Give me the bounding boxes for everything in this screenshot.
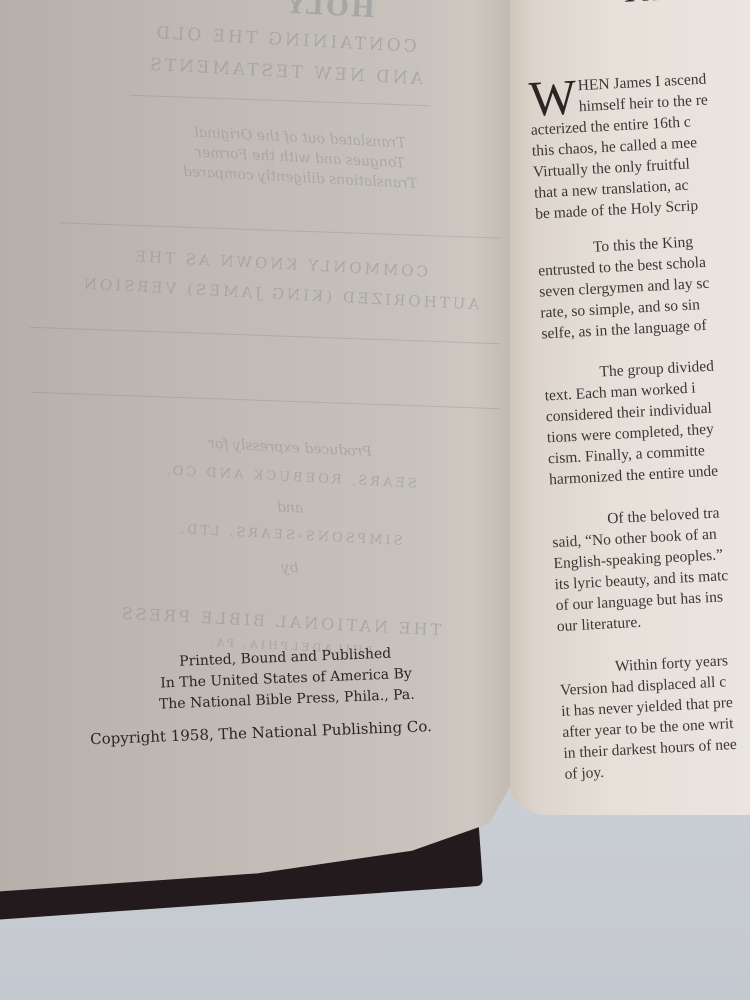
dropcap: W bbox=[528, 75, 577, 119]
paragraph-5: Within forty years Version had displaced… bbox=[559, 643, 750, 785]
paragraph-4: Of the beloved tra said, “No other book … bbox=[551, 496, 750, 638]
right-page: KING J W HEN James I ascend himself heir… bbox=[510, 0, 750, 815]
copyright-line: Copyright 1958, The National Publishing … bbox=[90, 715, 478, 748]
gutter-shadow bbox=[470, 0, 515, 880]
paragraph-2: To this the King entrusted to the best s… bbox=[537, 224, 750, 345]
bleed-by: by bbox=[140, 552, 440, 584]
chapter-title: KING J bbox=[623, 0, 750, 11]
left-page: HOLY CONTAINING THE OLD AND NEW TESTAMEN… bbox=[0, 0, 515, 905]
paragraph-1: W HEN James I ascend himself heir to the… bbox=[528, 62, 750, 224]
bleed-and: and bbox=[140, 492, 440, 524]
bleed-simpsons: SIMPSONS-SEARS, LTD. bbox=[140, 520, 440, 551]
bleed-rule bbox=[30, 392, 500, 409]
bleed-rule bbox=[30, 327, 500, 344]
paragraph-3: The group divided text. Each man worked … bbox=[543, 349, 750, 491]
bleed-sears: SEARS, ROEBUCK AND CO. bbox=[140, 462, 440, 493]
bleed-containing-2: AND NEW TESTAMENTS bbox=[120, 53, 451, 90]
bleed-rule bbox=[130, 95, 430, 106]
imprint-block: Printed, Bound and Published In The Unit… bbox=[95, 640, 478, 748]
bleed-containing-1: CONTAINING THE OLD bbox=[120, 21, 451, 58]
bleed-commonly-known: COMMONLY KNOWN AS THE bbox=[100, 246, 460, 283]
bleed-produced-for: Produced expressly for bbox=[140, 432, 440, 464]
bleed-rule bbox=[60, 222, 500, 238]
